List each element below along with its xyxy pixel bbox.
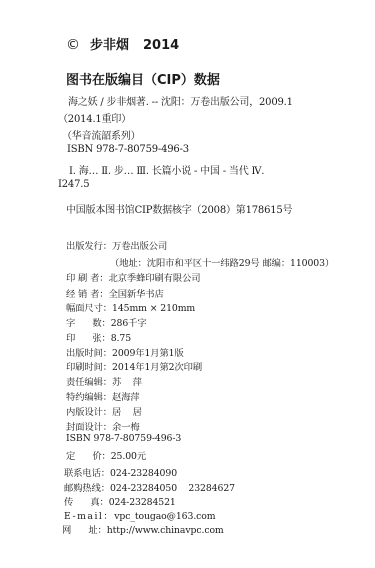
email-row: E-mail：vpc_tougao@163.com <box>64 508 216 522</box>
editor-value: 苏 萍 <box>112 377 142 388</box>
size-value: 145mm × 210mm <box>112 303 195 314</box>
cip-heading: 图书在版编目（CIP）数据 <box>66 69 220 88</box>
mail-order-value: 024-23284050 23284627 <box>110 483 235 494</box>
email-value[interactable]: vpc_tougao@163.com <box>114 511 215 522</box>
phone-label: 联系电话： <box>64 468 110 479</box>
email-label: E-mail： <box>64 511 114 522</box>
cover-row: 封面设计：余一梅 <box>66 419 140 433</box>
mail-order-label: 邮购热线： <box>64 483 110 494</box>
cip-line-reprint: （2014.1重印） <box>58 110 131 125</box>
printer-value: 北京季蜂印刷有限公司 <box>109 273 201 284</box>
layout-label: 内版设计： <box>66 407 112 418</box>
cip-line-isbn: ISBN 978-7-80759-496-3 <box>67 144 189 155</box>
editor-row: 责任编辑：苏 萍 <box>66 374 142 388</box>
sheets-value: 8.75 <box>111 333 131 344</box>
phone-row: 联系电话：024-23284090 <box>64 465 177 479</box>
cover-label: 封面设计： <box>66 422 112 433</box>
mail-order-row: 邮购热线：024-23284050 23284627 <box>64 480 235 494</box>
website-row: 网 址：http://www.chinavpc.com <box>62 522 224 536</box>
publisher-value: 万卷出版公司 <box>112 241 167 252</box>
phone-value: 024-23284090 <box>110 468 177 479</box>
cip-line-classification: Ⅰ. 海… Ⅱ. 步… Ⅲ. 长篇小说 - 中国 - 当代 Ⅳ. <box>69 162 264 177</box>
distributor-value: 全国新华书店 <box>109 289 164 300</box>
cip-line-title: 海之妖 / 步非烟著. -- 沈阳：万卷出版公司，2009.1 <box>68 93 293 108</box>
size-row: 幅面尺寸：145mm × 210mm <box>66 300 195 314</box>
fax-row: 传 真：024-23284521 <box>64 494 176 508</box>
words-row: 字 数：286千字 <box>66 315 147 329</box>
print-date-row: 印刷时间：2014年1月第2次印刷 <box>66 359 202 373</box>
publisher-label: 出版发行： <box>66 241 112 252</box>
layout-row: 内版设计：居 居 <box>66 404 142 418</box>
price-row: 定 价：25.00元 <box>66 448 146 462</box>
layout-value: 居 居 <box>112 407 142 418</box>
copyright-year: 2014 <box>143 38 179 53</box>
distributor-row: 经 销 者：全国新华书店 <box>66 286 164 300</box>
copyright-symbol: © <box>66 37 80 53</box>
pub-date-value: 2009年1月第1版 <box>112 348 184 359</box>
printer-row: 印 刷 者：北京季蜂印刷有限公司 <box>66 270 200 284</box>
fax-value: 024-23284521 <box>109 497 176 508</box>
pub-date-row: 出版时间：2009年1月第1版 <box>66 345 184 359</box>
copyright-author: 步非烟 <box>90 38 129 53</box>
size-label: 幅面尺寸： <box>66 303 112 314</box>
fax-label: 传 真： <box>64 497 109 508</box>
cip-library-record: 中国版本图书馆CIP数据核字（2008）第178615号 <box>66 201 292 216</box>
special-editor-value: 赵海萍 <box>112 392 140 403</box>
cip-line-series: （华音流韶系列） <box>62 127 140 142</box>
pub-date-label: 出版时间： <box>66 348 112 359</box>
print-date-label: 印刷时间： <box>66 362 112 373</box>
printer-label: 印 刷 者： <box>66 273 109 284</box>
sheets-label: 印 张： <box>66 333 111 344</box>
copyright-line: ©步非烟2014 <box>66 34 179 53</box>
special-editor-label: 特约编辑： <box>66 392 112 403</box>
print-date-value: 2014年1月第2次印刷 <box>112 362 202 373</box>
cover-value: 余一梅 <box>112 422 140 433</box>
editor-label: 责任编辑： <box>66 377 112 388</box>
special-editor-row: 特约编辑：赵海萍 <box>66 389 140 403</box>
sheets-row: 印 张：8.75 <box>66 330 131 344</box>
words-value: 286千字 <box>111 318 147 329</box>
words-label: 字 数： <box>66 318 111 329</box>
address-row: （地址：沈阳市和平区十一纬路29号 邮编：110003） <box>110 255 334 269</box>
website-value[interactable]: http://www.chinavpc.com <box>107 525 224 536</box>
cip-line-clc: I247.5 <box>58 179 89 190</box>
website-label: 网 址： <box>62 525 107 536</box>
publisher-row: 出版发行：万卷出版公司 <box>66 238 167 252</box>
price-label: 定 价： <box>66 451 111 462</box>
price-value: 25.00元 <box>111 451 146 462</box>
isbn-row: ISBN 978-7-80759-496-3 <box>66 433 181 444</box>
distributor-label: 经 销 者： <box>66 289 109 300</box>
